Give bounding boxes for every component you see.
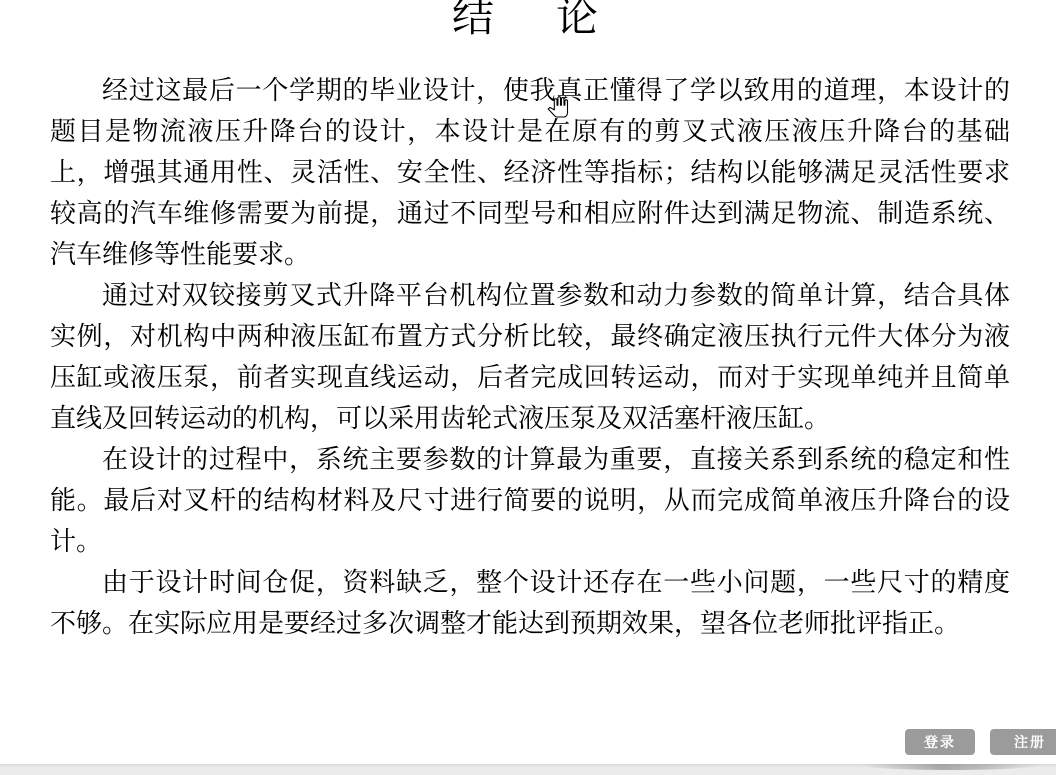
page-curl-shadow [860,764,1040,770]
login-button[interactable]: 登录 [905,729,975,755]
paragraph-1: 经过这最后一个学期的毕业设计，使我真正懂得了学以致用的道理，本设计的题目是物流液… [50,70,1010,275]
paragraph-4: 由于设计时间仓促，资料缺乏，整个设计还存在一些小问题，一些尺寸的精度不够。在实际… [50,562,1010,644]
auth-button-group: 登录 注册 [905,729,1056,755]
document-body: 经过这最后一个学期的毕业设计，使我真正懂得了学以致用的道理，本设计的题目是物流液… [50,70,1010,644]
page-title: 结 论 [50,0,1010,40]
register-button[interactable]: 注册 [990,729,1056,755]
paragraph-2: 通过对双铰接剪叉式升降平台机构位置参数和动力参数的简单计算，结合具体实例，对机构… [50,275,1010,439]
page-bottom-edge [0,764,1056,775]
paragraph-3: 在设计的过程中，系统主要参数的计算最为重要，直接关系到系统的稳定和性能。最后对叉… [50,439,1010,562]
document-page: 结 论 经过这最后一个学期的毕业设计，使我真正懂得了学以致用的道理，本设计的题目… [0,0,1056,644]
